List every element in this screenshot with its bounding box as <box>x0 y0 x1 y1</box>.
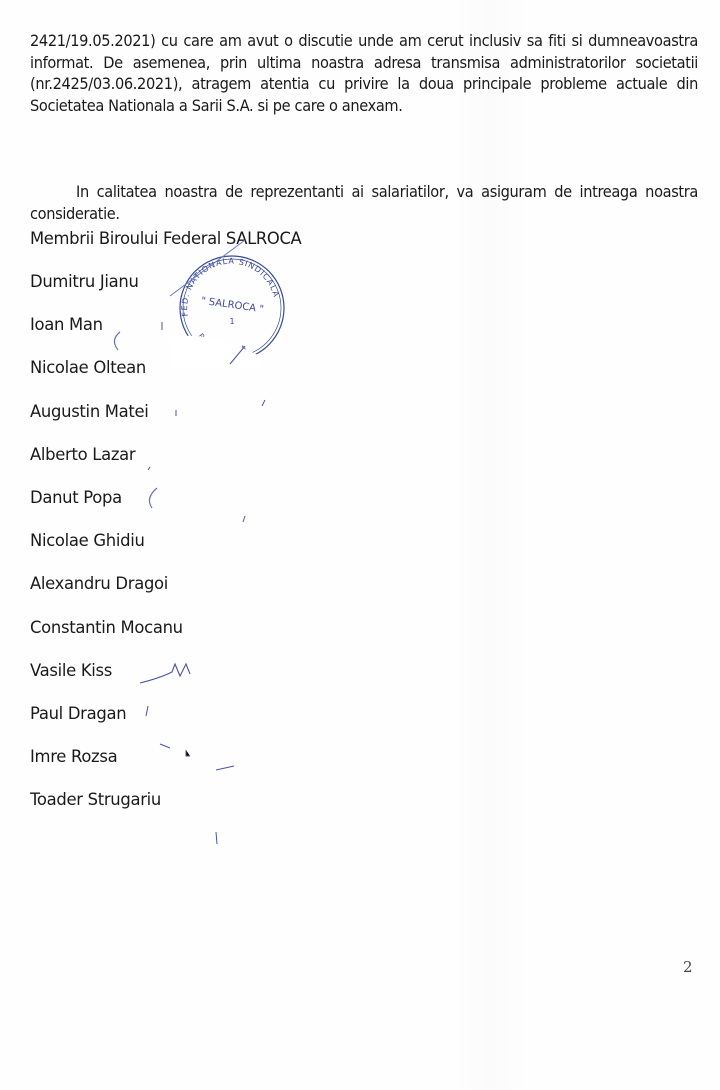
page-number: 2 <box>683 958 693 976</box>
document-page: 2421/19.05.2021) cu care am avut o discu… <box>0 0 720 1090</box>
signature-marks <box>0 0 720 1090</box>
